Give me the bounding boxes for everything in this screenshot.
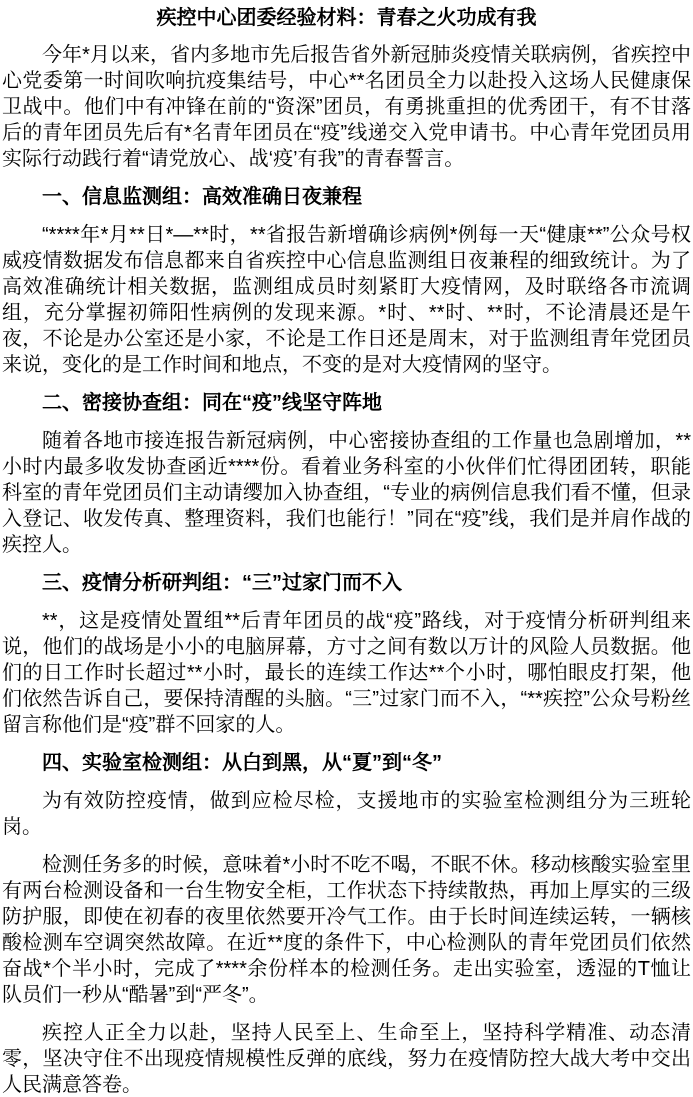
section-heading-1: 一、信息监测组：高效准确日夜兼程: [2, 184, 691, 210]
document-page: 疾控中心团委经验材料：青春之火功成有我 今年*月以来，省内多地市先后报告省外新冠…: [0, 0, 693, 1097]
closing-paragraph: 疾控人正全力以赴，坚持人民至上、生命至上，坚持科学精准、动态清零，坚决守住不出现…: [2, 1020, 691, 1097]
intro-paragraph: 今年*月以来，省内多地市先后报告省外新冠肺炎疫情关联病例，省疾控中心党委第一时间…: [2, 42, 691, 172]
section-4-paragraph-1: 为有效防控疫情，做到应检尽检，支援地市的实验室检测组分为三班轮岗。: [2, 788, 691, 840]
section-2-paragraph: 随着各地市接连报告新冠病例，中心密接协查组的工作量也急剧增加，**小时内最多收发…: [2, 428, 691, 558]
document-body: 今年*月以来，省内多地市先后报告省外新冠肺炎疫情关联病例，省疾控中心党委第一时间…: [2, 42, 691, 1097]
document-title: 疾控中心团委经验材料：青春之火功成有我: [2, 5, 691, 31]
section-heading-4: 四、实验室检测组：从白到黑，从“夏”到“冬”: [2, 750, 691, 776]
section-1-paragraph: “****年*月**日*—**时，**省报告新增确诊病例*例每一天“健康**”公…: [2, 222, 691, 378]
section-3-paragraph: **，这是疫情处置组**后青年团员的战“疫”路线，对于疫情分析研判组来说，他们的…: [2, 608, 691, 738]
section-4-paragraph-2: 检测任务多的时候，意味着*小时不吃不喝，不眠不休。移动核酸实验室里有两台检测设备…: [2, 852, 691, 1008]
section-heading-2: 二、密接协查组：同在“疫”线坚守阵地: [2, 390, 691, 416]
section-heading-3: 三、疫情分析研判组：“三”过家门而不入: [2, 570, 691, 596]
